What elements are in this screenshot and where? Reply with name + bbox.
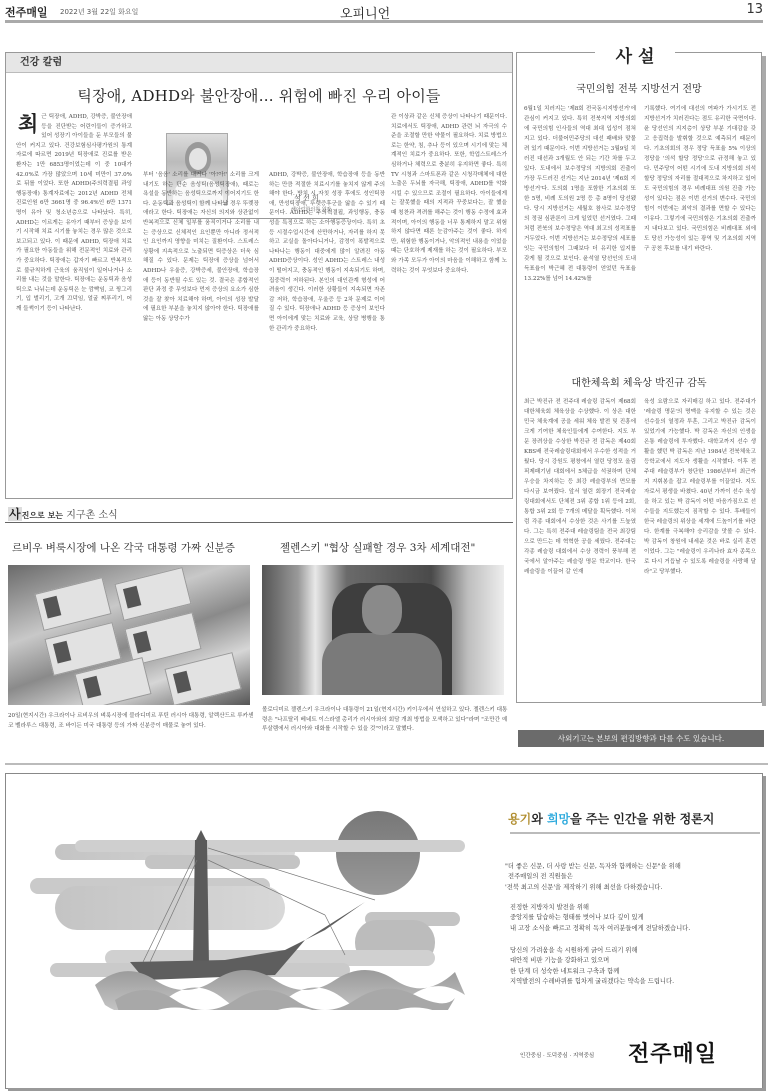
photo-left-caption: 20일(현지시간) 우크라이나 르비우의 벼룩시장에 블라디미르 푸틴 러시아 … xyxy=(8,712,254,731)
editorial-shadow xyxy=(762,56,766,706)
ad-shadow xyxy=(763,776,766,1090)
ad-slogan-divider xyxy=(510,832,760,834)
dropcap: 최 xyxy=(18,113,38,135)
photo-section-divider xyxy=(5,522,513,523)
column-tag: 건강 칼럼 xyxy=(6,53,512,73)
editorial-2-col1: 최근 박진규 전 전주대 레슬링 감독이 제68회 대한체육회 체육상을 수상했… xyxy=(524,397,636,697)
editorial-1-col2: 기록했다. 여기에 대선의 여파가 가시기도 전 지방선거가 치러진다는 점도 … xyxy=(644,104,756,364)
column-headline: 틱장애, ADHD와 불안장애… 위험에 빠진 우리 아이들 xyxy=(6,85,512,106)
photo-section-title: 사진으로 보는 지구촌 소식 xyxy=(8,505,118,522)
ad-brand-logo: 전주매일 xyxy=(628,1037,717,1068)
sailboat-illustration xyxy=(25,800,475,1010)
editorial-label: 사 설 xyxy=(595,42,675,67)
page-number: 13 xyxy=(746,2,763,17)
editorial-2-col2: 육성 요람으로 자리매김 하고 있다. 전주대가 '레슬링 명문'의 명맥을 유… xyxy=(644,397,756,697)
section-divider xyxy=(5,763,768,765)
ad-motto: 인간중심 · 도덕중심 · 지역중심 xyxy=(520,1051,594,1059)
ad-paragraph-1: "더 좋은 신문, 더 사랑 받는 신문, 독자와 함께하는 신문"을 위해 전… xyxy=(505,862,681,893)
photo-right-caption: 볼로디미르 젤렌스키 우크라이나 대통령이 21일(현지시간) 키이우에서 연설… xyxy=(262,706,508,735)
column-text-col2: 부터 '음음' 소리를 내거나 '아!아!' 소리를 크게 내기도 하는 단순 … xyxy=(143,171,259,493)
health-column: 건강 칼럼 틱장애, ADHD와 불안장애… 위험에 빠진 우리 아이들 최 근… xyxy=(5,52,513,499)
ad-paragraph-3: 당신의 가려움을 속 시원하게 긁어 드리기 위해 대안적 비판 기능을 강화하… xyxy=(505,946,674,988)
column-text-col3: ADHD, 강박증, 불안장애, 학습장애 등을 동반하는 만큼 적절한 치료시… xyxy=(269,171,385,493)
column-text-col4: 관 이상과 같은 신체 증상이 나타나기 때문이다. 치료에서도 틱장애, AD… xyxy=(391,113,507,493)
photo-left-headline: 르비우 벼룩시장에 나온 각국 대통령 가짜 신분증 xyxy=(12,540,235,555)
masthead: 전주매일 2022년 3월 22일 화요일 오피니언 13 xyxy=(5,2,763,22)
masthead-date: 2022년 3월 22일 화요일 xyxy=(60,7,138,17)
zelensky-photo xyxy=(262,565,504,695)
photo-right-headline: 젤렌스키 "협상 실패할 경우 3차 세계대전" xyxy=(280,540,475,555)
top-divider xyxy=(5,20,763,23)
fake-id-cards-photo xyxy=(8,565,250,705)
disclaimer-banner: 사외기고는 본보의 편집방향과 다를 수도 있습니다. xyxy=(518,730,764,747)
ad-slogan: 용기와 희망을 주는 인간을 위한 정론지 xyxy=(508,810,714,827)
ad-paragraph-2: 진정한 지방자치 발전을 위해 중앙지를 답습하는 형태를 벗어나 보다 깊이 … xyxy=(505,903,690,934)
editorial-headline-1: 국민의힘 전북 지방선거 전망 xyxy=(516,80,762,95)
editorial-1-col1: 6월1일 치러지는 '제8회 전국동시지방선거'에 관심이 커지고 있다. 특히… xyxy=(524,104,636,364)
column-text-col1: 최 근 틱장애, ADHD, 강박증, 불안장애 등을 진단받는 어린이들이 증… xyxy=(16,113,132,493)
masthead-brand: 전주매일 xyxy=(5,4,48,20)
editorial-headline-2: 대한체육회 체육상 박진규 감독 xyxy=(516,374,762,389)
